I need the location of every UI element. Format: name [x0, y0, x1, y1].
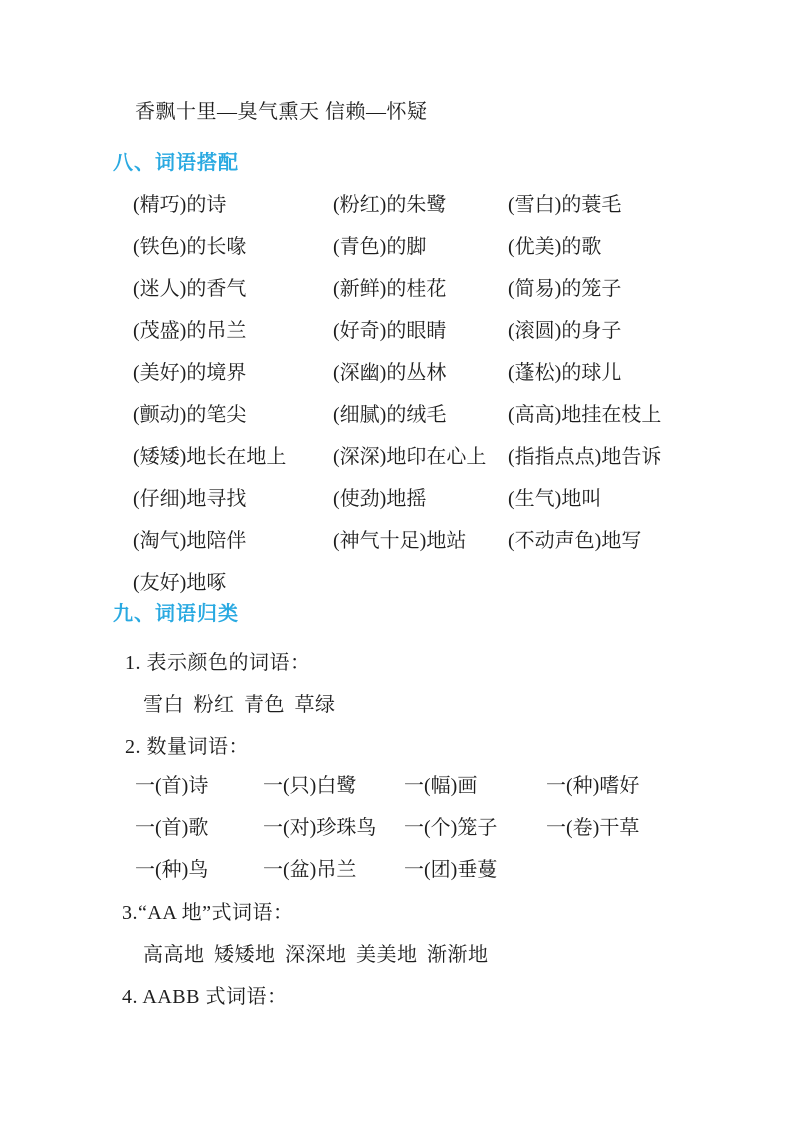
worksheet-page: 香飘十里—臭气熏天 信赖—怀疑 八、词语搭配 (精巧)的诗 (粉红)的朱鹭 (雪… [0, 0, 793, 1122]
pair-cell: (新鲜)的桂花 [333, 272, 508, 301]
item-1-label: 1. 表示颜色的词语： [125, 646, 311, 675]
pair-cell: (青色)的脚 [333, 230, 508, 259]
pair-cell: (简易)的笼子 [508, 272, 758, 301]
antonym-pairs-line: 香飘十里—臭气熏天 信赖—怀疑 [135, 95, 428, 124]
pair-cell: (使劲)地摇 [333, 482, 508, 511]
pair-cell: (精巧)的诗 [133, 188, 333, 217]
quantity-cell: 一(团)垂蔓 [404, 853, 546, 882]
quantity-cell: 一(对)珍珠鸟 [263, 811, 404, 840]
pair-cell: (细腻)的绒毛 [333, 398, 508, 427]
item-2-label: 2. 数量词语： [125, 730, 249, 759]
section-nine-heading: 九、词语归类 [113, 597, 239, 626]
pair-cell: (神气十足)地站 [333, 524, 508, 553]
pair-cell: (矮矮)地长在地上 [133, 440, 333, 469]
quantity-cell: 一(盆)吊兰 [263, 853, 404, 882]
pair-cell: (颤动)的笔尖 [133, 398, 333, 427]
section-eight-heading: 八、词语搭配 [113, 146, 239, 175]
quantity-cell: 一(首)歌 [135, 811, 263, 840]
pair-cell: (指指点点)地告诉 [508, 440, 758, 469]
pair-cell: (深幽)的丛林 [333, 356, 508, 385]
pair-cell: (生气)地叫 [508, 482, 758, 511]
quantity-cell: 一(种)嗜好 [546, 769, 639, 798]
pair-cell: (好奇)的眼睛 [333, 314, 508, 343]
quantity-cell: 一(首)诗 [135, 769, 263, 798]
pair-cell: (迷人)的香气 [133, 272, 333, 301]
pair-cell: (仔细)地寻找 [133, 482, 333, 511]
quantity-cell: 一(只)白鹭 [263, 769, 404, 798]
pair-cell: (铁色)的长喙 [133, 230, 333, 259]
quantity-words-grid: 一(首)诗 一(只)白鹭 一(幅)画 一(种)嗜好 一(首)歌 一(对)珍珠鸟 … [135, 762, 639, 888]
word-pairing-grid: (精巧)的诗 (粉红)的朱鹭 (雪白)的蓑毛 (铁色)的长喙 (青色)的脚 (优… [133, 181, 758, 601]
pair-cell: (美好)的境界 [133, 356, 333, 385]
aa-words-line: 高高地 矮矮地 深深地 美美地 渐渐地 [143, 938, 489, 967]
quantity-cell: 一(种)鸟 [135, 853, 263, 882]
pair-cell: (雪白)的蓑毛 [508, 188, 758, 217]
pair-cell: (深深)地印在心上 [333, 440, 508, 469]
pair-cell: (茂盛)的吊兰 [133, 314, 333, 343]
color-words-line: 雪白 粉红 青色 草绿 [143, 688, 336, 717]
pair-cell: (优美)的歌 [508, 230, 758, 259]
item-3-label: 3.“AA 地”式词语： [122, 896, 294, 925]
pair-cell: (不动声色)地写 [508, 524, 758, 553]
pair-cell: (蓬松)的球儿 [508, 356, 758, 385]
pair-cell: (淘气)地陪伴 [133, 524, 333, 553]
quantity-cell: 一(幅)画 [404, 769, 546, 798]
pair-cell: (高高)地挂在枝上 [508, 398, 758, 427]
quantity-cell: 一(个)笼子 [404, 811, 546, 840]
pair-cell: (粉红)的朱鹭 [333, 188, 508, 217]
quantity-cell: 一(卷)干草 [546, 811, 639, 840]
pair-cell: (友好)地啄 [133, 566, 333, 595]
pair-cell: (滚圆)的身子 [508, 314, 758, 343]
item-4-label: 4. AABB 式词语： [122, 980, 287, 1009]
